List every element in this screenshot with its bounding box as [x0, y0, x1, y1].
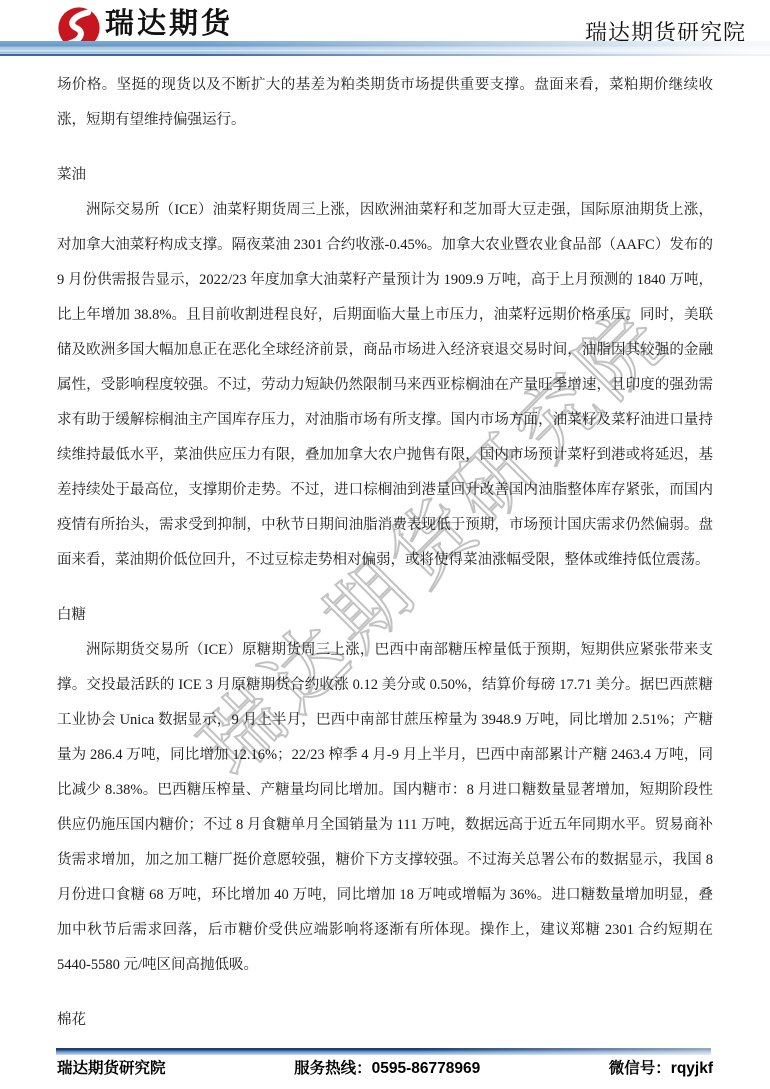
footer-hotline: 服务热线：0595-86778969	[294, 1058, 480, 1080]
intro-paragraph: 场价格。坚挺的现货以及不断扩大的基差为粕类期货市场提供重要支撑。盘面来看，菜粕期…	[57, 68, 713, 138]
footer-wechat-id: rqyjkf	[671, 1060, 713, 1077]
document-content: 场价格。坚挺的现货以及不断扩大的基差为粕类期货市场提供重要支撑。盘面来看，菜粕期…	[57, 68, 713, 1038]
footer-org: 瑞达期货研究院	[57, 1058, 166, 1080]
footer-hotline-number: 0595-86778969	[372, 1060, 481, 1077]
footer-hotline-label: 服务热线：	[294, 1060, 372, 1077]
section-heading-cotton: 棉花	[57, 1003, 713, 1038]
section-body-sugar: 洲际期货交易所（ICE）原糖期货周三上涨，巴西中南部糖压榨量低于预期，短期供应紧…	[57, 633, 713, 983]
footer-wechat-label: 微信号：	[609, 1060, 671, 1077]
section-body-rapeseed-oil: 洲际交易所（ICE）油菜籽期货周三上涨，因欧洲油菜籽和芝加哥大豆走强，国际原油期…	[57, 193, 713, 578]
page-header: 瑞达期货 RUIDA FUTURES CO.,LTD. 瑞达期货研究院	[0, 0, 770, 60]
report-page: 瑞达期货 RUIDA FUTURES CO.,LTD. 瑞达期货研究院 瑞达期货…	[0, 0, 770, 1089]
header-divider-bar	[0, 41, 770, 56]
section-heading-sugar: 白糖	[57, 598, 713, 633]
page-footer: 瑞达期货研究院 服务热线：0595-86778969 微信号：rqyjkf	[57, 1058, 713, 1080]
footer-divider-bar	[56, 1048, 711, 1055]
logo-brand-cn: 瑞达期货	[105, 8, 239, 40]
footer-wechat: 微信号：rqyjkf	[609, 1058, 713, 1080]
section-heading-rapeseed-oil: 菜油	[57, 158, 713, 193]
